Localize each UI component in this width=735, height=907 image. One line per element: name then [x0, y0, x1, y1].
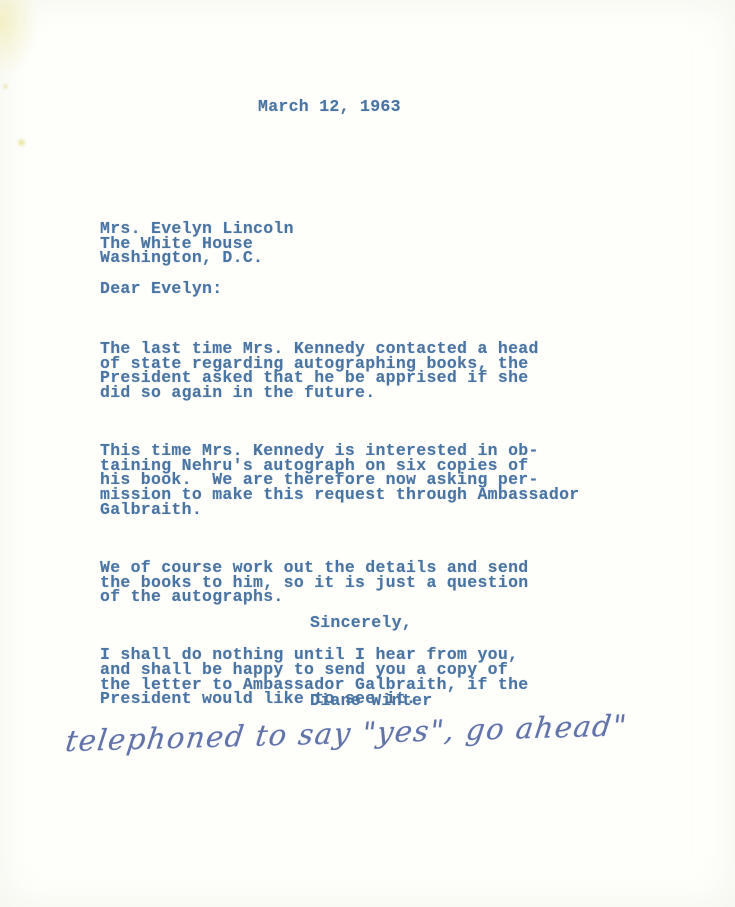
- letter-body: The last time Mrs. Kennedy contacted a h…: [100, 313, 580, 750]
- salutation: Dear Evelyn:: [100, 282, 222, 297]
- paragraph-3: We of course work out the details and se…: [100, 561, 580, 605]
- recipient-address: Mrs. Evelyn Lincoln The White House Wash…: [100, 222, 294, 266]
- letter-page: March 12, 1963 Mrs. Evelyn Lincoln The W…: [0, 0, 735, 907]
- paper-speck-small: [3, 84, 8, 89]
- paragraph-2: This time Mrs. Kennedy is interested in …: [100, 444, 580, 517]
- paper-speck: [17, 138, 26, 147]
- closing-line: Sincerely,: [310, 616, 412, 631]
- paragraph-1: The last time Mrs. Kennedy contacted a h…: [100, 342, 580, 400]
- signature-name: Diane Winter: [310, 694, 432, 709]
- letter-date: March 12, 1963: [258, 100, 401, 115]
- paper-stain: [0, 0, 38, 76]
